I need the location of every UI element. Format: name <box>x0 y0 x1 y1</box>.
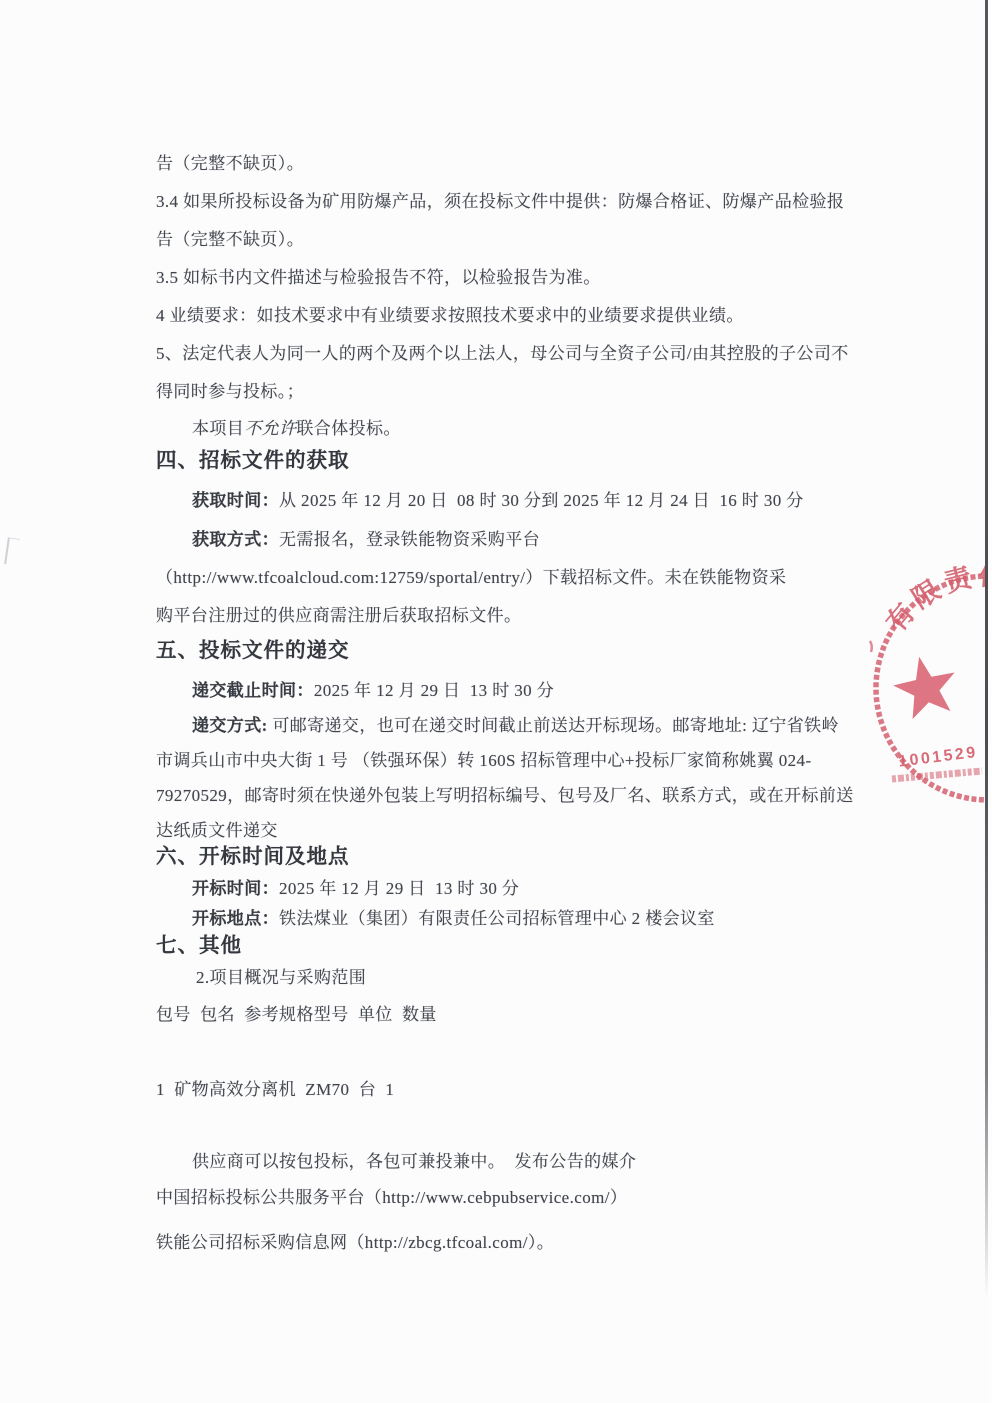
text-line: 告（完整不缺页）。 <box>156 152 304 176</box>
text-segment: 无需报名，登录铁能物资采购平台 <box>279 530 540 549</box>
text-segment: 铁能公司招标采购信息网（http://zbcg.tfcoal.com/）。 <box>156 1233 554 1252</box>
scanned-document-page: 告（完整不缺页）。3.4 如果所投标设备为矿用防爆产品，须在投标文件中提供：防爆… <box>0 0 992 1403</box>
text-segment: 得同时参与投标。； <box>156 382 304 401</box>
text-line: 包号 包名 参考规格型号 单位 数量 <box>156 1003 437 1027</box>
section-heading: 四、招标文件的获取 <box>156 449 350 473</box>
text-line: 3.4 如果所投标设备为矿用防爆产品，须在投标文件中提供：防爆合格证、防爆产品检… <box>156 190 844 214</box>
seal-arc-text: 有限责任公司 <box>880 560 992 638</box>
text-segment: 获取时间： <box>192 491 279 510</box>
text-line: 中国招标投标公共服务平台（http://www.cebpubservice.co… <box>156 1186 627 1210</box>
text-line: 获取时间：从 2025 年 12 月 20 日 08 时 30 分到 2025 … <box>192 489 804 513</box>
seal-rim-smudge <box>892 771 982 779</box>
section-heading: 七、其他 <box>156 934 242 958</box>
text-segment: 递交截止时间： <box>192 681 314 700</box>
text-segment: 可邮寄递交，也可在递交时间截止前送达开标现场。邮寄地址: 辽宁省铁岭 <box>268 716 839 735</box>
text-segment: 五、投标文件的递交 <box>156 640 350 662</box>
text-segment: 告（完整不缺页）。 <box>156 154 304 173</box>
text-segment: 2025 年 12 月 29 日 13 时 30 分 <box>314 681 554 700</box>
text-line: 79270529，邮寄时须在快递外包装上写明招标编号、包号及厂名、联系方式，或在… <box>156 784 854 808</box>
text-line: 供应商可以按包投标，各包可兼投兼中。 发布公告的媒介 <box>192 1150 636 1174</box>
seal-number: 1001529 <box>897 744 978 771</box>
text-segment: 5、法定代表人为同一人的两个及两个以上法人，母公司与全资子公司/由其控股的子公司… <box>156 344 849 363</box>
text-segment: 从 2025 年 12 月 20 日 08 时 30 分到 2025 年 12 … <box>279 491 804 510</box>
text-segment: 79270529，邮寄时须在快递外包装上写明招标编号、包号及厂名、联系方式，或在… <box>156 786 854 805</box>
text-line: 铁能公司招标采购信息网（http://zbcg.tfcoal.com/）。 <box>156 1231 554 1255</box>
text-line: 3.5 如标书内文件描述与检验报告不符，以检验报告为准。 <box>156 266 601 290</box>
text-line: 开标地点：铁法煤业（集团）有限责任公司招标管理中心 2 楼会议室 <box>192 907 715 931</box>
text-line: 获取方式：无需报名，登录铁能物资采购平台 <box>192 528 540 552</box>
text-segment: 递交方式: <box>192 716 268 735</box>
text-line: 达纸质文件递交 <box>156 819 278 843</box>
text-segment: 六、开标时间及地点 <box>156 846 350 868</box>
text-line: 开标时间：2025 年 12 月 29 日 13 时 30 分 <box>192 877 519 901</box>
text-line: 递交方式: 可邮寄递交，也可在递交时间截止前送达开标现场。邮寄地址: 辽宁省铁岭 <box>192 714 839 738</box>
text-line: 告（完整不缺页）。 <box>156 228 304 252</box>
seal-ink-mark <box>870 641 872 652</box>
text-line: （http://www.tfcoalcloud.com:12759/sporta… <box>156 566 786 590</box>
text-line: 2.项目概况与采购范围 <box>196 966 366 990</box>
text-line: 递交截止时间：2025 年 12 月 29 日 13 时 30 分 <box>192 679 554 703</box>
text-line: 1 矿物高效分离机 ZM70 台 1 <box>156 1078 394 1102</box>
text-segment: 购平台注册过的供应商需注册后获取招标文件。 <box>156 606 521 625</box>
text-segment: 3.5 如标书内文件描述与检验报告不符，以检验报告为准。 <box>156 268 601 287</box>
text-segment: 市调兵山市中央大街 1 号 （铁强环保）转 160S 招标管理中心+投标厂家简称… <box>156 751 812 770</box>
text-line: 4 业绩要求：如技术要求中有业绩要求按照技术要求中的业绩要求提供业绩。 <box>156 304 744 328</box>
text-segment: 2.项目概况与采购范围 <box>196 968 366 987</box>
text-segment: （http://www.tfcoalcloud.com:12759/sporta… <box>156 568 786 587</box>
section-heading: 六、开标时间及地点 <box>156 845 350 869</box>
text-segment: 本项目 <box>192 419 244 438</box>
text-segment: 告（完整不缺页）。 <box>156 230 304 249</box>
text-line: 购平台注册过的供应商需注册后获取招标文件。 <box>156 604 521 628</box>
text-segment: 不允许 <box>244 419 296 438</box>
text-segment: 供应商可以按包投标，各包可兼投兼中。 发布公告的媒介 <box>192 1152 636 1171</box>
text-segment: 开标时间： <box>192 879 279 898</box>
text-segment: 中国招标投标公共服务平台（http://www.cebpubservice.co… <box>156 1188 627 1207</box>
text-segment: 铁法煤业（集团）有限责任公司招标管理中心 2 楼会议室 <box>279 909 715 928</box>
text-line: 市调兵山市中央大街 1 号 （铁强环保）转 160S 招标管理中心+投标厂家简称… <box>156 749 812 773</box>
text-segment: 开标地点： <box>192 909 279 928</box>
text-segment: 达纸质文件递交 <box>156 821 278 840</box>
company-seal-stamp: 有限责任公司 1001529 <box>840 545 992 845</box>
text-segment: 包号 包名 参考规格型号 单位 数量 <box>156 1005 437 1024</box>
text-segment: 3.4 如果所投标设备为矿用防爆产品，须在投标文件中提供：防爆合格证、防爆产品检… <box>156 192 844 211</box>
text-segment: 4 业绩要求：如技术要求中有业绩要求按照技术要求中的业绩要求提供业绩。 <box>156 306 744 325</box>
seal-star-icon <box>888 650 962 721</box>
text-line: 本项目不允许联合体投标。 <box>192 417 401 441</box>
text-segment: 2025 年 12 月 29 日 13 时 30 分 <box>279 879 519 898</box>
scan-artifact <box>4 537 20 565</box>
section-heading: 五、投标文件的递交 <box>156 639 350 663</box>
text-segment: 联合体投标。 <box>296 419 400 438</box>
text-segment: 四、招标文件的获取 <box>156 450 350 472</box>
text-segment: 1 矿物高效分离机 ZM70 台 1 <box>156 1080 394 1099</box>
text-line: 5、法定代表人为同一人的两个及两个以上法人，母公司与全资子公司/由其控股的子公司… <box>156 342 849 366</box>
text-line: 得同时参与投标。； <box>156 380 304 404</box>
text-segment: 获取方式： <box>192 530 279 549</box>
text-segment: 七、其他 <box>156 935 242 957</box>
scan-edge-margin <box>988 0 992 1403</box>
